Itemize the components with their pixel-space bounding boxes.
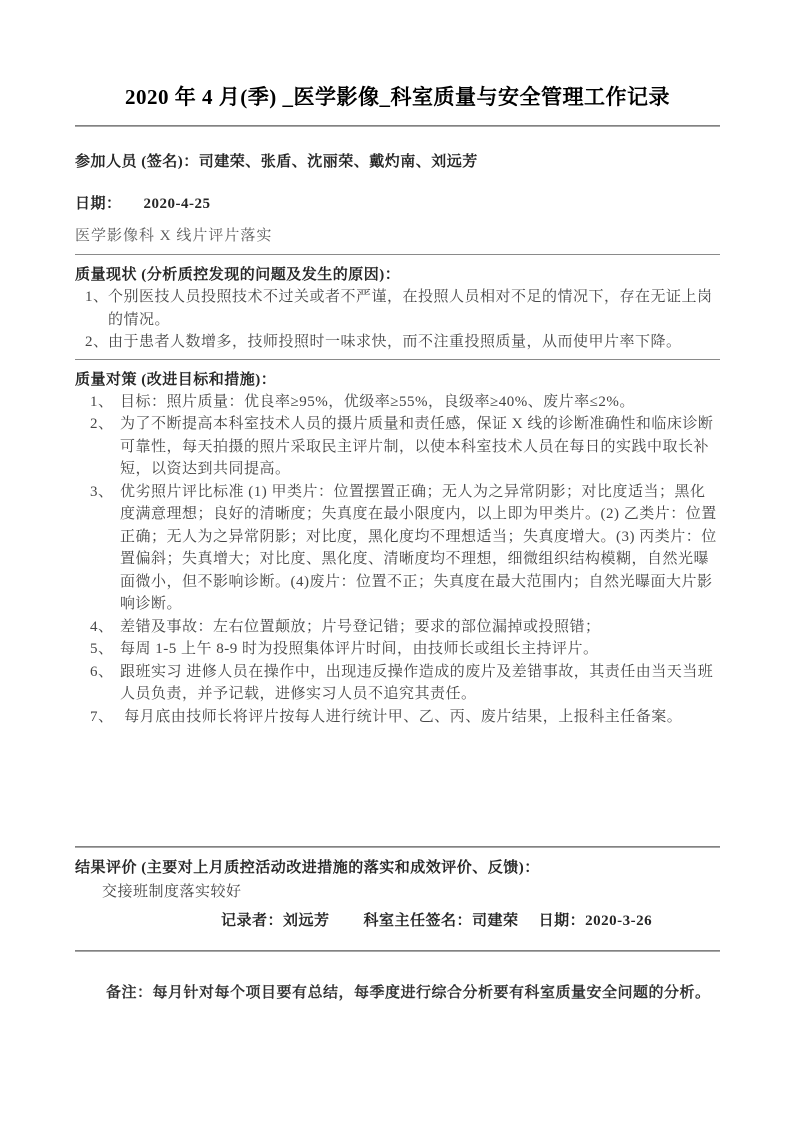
result-evaluation-content: 交接班制度落实较好	[102, 881, 720, 903]
date-line: 日期：2020-4-25	[75, 194, 720, 214]
director-signature-name: 司建荣	[472, 913, 519, 929]
item-text: 由于患者人数增多，技师投照时一味求快，而不注重投照质量，从而使甲片率下降。	[108, 331, 720, 354]
list-item: 7、 每月底由技师长将评片按每人进行统计甲、乙、丙、废片结果，上报科主任备案。	[75, 706, 720, 729]
item-number: 5、	[75, 638, 120, 661]
item-text: 跟班实习 进修人员在操作中，出现违反操作造成的废片及差错事故，其责任由当天当班人…	[120, 661, 720, 706]
note-label: 备注：	[106, 985, 153, 1001]
list-item: 6、跟班实习 进修人员在操作中，出现违反操作造成的废片及差错事故，其责任由当天当…	[75, 661, 720, 706]
item-text: 每月底由技师长将评片按每人进行统计甲、乙、丙、废片结果，上报科主任备案。	[120, 706, 720, 729]
divider-below-result	[75, 950, 720, 952]
list-item: 2、由于患者人数增多，技师投照时一味求快，而不注重投照质量，从而使甲片率下降。	[75, 331, 720, 354]
recorder-label: 记录者：	[221, 913, 283, 929]
item-number: 1、	[75, 286, 108, 331]
quality-status-section: 质量现状 (分析质控发现的问题及发生的原因)： 1、个别医技人员投照技术不过关或…	[75, 264, 720, 354]
quality-measures-section: 质量对策 (改进目标和措施)： 1、目标：照片质量：优良率≥95%，优级率≥55…	[75, 369, 720, 846]
item-number: 7、	[75, 706, 120, 729]
list-item: 1、目标：照片质量：优良率≥95%，优级率≥55%，良级率≥40%、废片率≤2%…	[75, 391, 720, 414]
item-text: 每周 1-5 上午 8-9 时为投照集体评片时间，由技师长或组长主持评片。	[120, 638, 720, 661]
director-signature-label: 科室主任签名：	[364, 913, 473, 929]
item-number: 6、	[75, 661, 120, 706]
note-text: 每月针对每个项目要有总结，每季度进行综合分析要有科室质量安全问题的分析。	[153, 985, 711, 1001]
participants-line: 参加人员 (签名)：司建荣、张盾、沈丽荣、戴灼南、刘远芳	[75, 152, 720, 172]
page-title: 2020 年 4 月(季) _医学影像_科室质量与安全管理工作记录	[75, 0, 720, 110]
participants-names: 司建荣、张盾、沈丽荣、戴灼南、刘远芳	[199, 154, 478, 170]
quality-measures-items: 1、目标：照片质量：优良率≥95%，优级率≥55%，良级率≥40%、废片率≤2%…	[75, 391, 720, 729]
item-text: 个别医技人员投照技术不过关或者不严谨，在投照人员相对不足的情况下，存在无证上岗的…	[108, 286, 720, 331]
item-text: 优劣照片评比标准 (1) 甲类片：位置摆置正确；无人为之异常阴影；对比度适当；黑…	[120, 481, 720, 616]
list-item: 2、为了不断提高本科室技术人员的摄片质量和责任感，保证 X 线的诊断准确性和临床…	[75, 413, 720, 481]
result-evaluation-section: 结果评价 (主要对上月质控活动改进措施的落实和成效评价、反馈)： 交接班制度落实…	[75, 857, 720, 931]
document-page: 2020 年 4 月(季) _医学影像_科室质量与安全管理工作记录 参加人员 (…	[0, 0, 793, 1122]
quality-status-items: 1、个别医技人员投照技术不过关或者不严谨，在投照人员相对不足的情况下，存在无证上…	[75, 286, 720, 354]
participants-label: 参加人员 (签名)：	[75, 154, 199, 170]
item-text: 为了不断提高本科室技术人员的摄片质量和责任感，保证 X 线的诊断准确性和临床诊断…	[120, 413, 720, 481]
item-text: 目标：照片质量：优良率≥95%，优级率≥55%，良级率≥40%、废片率≤2%。	[120, 391, 720, 414]
quality-status-heading: 质量现状 (分析质控发现的问题及发生的原因)：	[75, 264, 720, 286]
list-item: 5、每周 1-5 上午 8-9 时为投照集体评片时间，由技师长或组长主持评片。	[75, 638, 720, 661]
divider-below-measures	[75, 846, 720, 848]
quality-measures-heading: 质量对策 (改进目标和措施)：	[75, 369, 720, 391]
date-value: 2020-4-25	[144, 196, 211, 212]
signature-date-value: 2020-3-26	[585, 913, 652, 929]
item-number: 2、	[75, 413, 120, 481]
note-line: 备注：每月针对每个项目要有总结，每季度进行综合分析要有科室质量安全问题的分析。	[106, 983, 720, 1003]
list-item: 4、差错及事故：左右位置颠放；片号登记错；要求的部位漏掉或投照错；	[75, 616, 720, 639]
date-label: 日期：	[75, 196, 122, 212]
item-number: 4、	[75, 616, 120, 639]
signature-date-label: 日期：	[539, 913, 586, 929]
divider-below-status	[75, 359, 720, 360]
signature-row: 记录者：刘远芳科室主任签名：司建荣日期：2020-3-26	[221, 911, 720, 931]
item-number: 3、	[75, 481, 120, 616]
divider-below-title	[75, 125, 720, 127]
list-item: 3、优劣照片评比标准 (1) 甲类片：位置摆置正确；无人为之异常阴影；对比度适当…	[75, 481, 720, 616]
activity-topic: 医学影像科 X 线片评片落实	[75, 226, 720, 246]
divider-below-header	[75, 254, 720, 255]
list-item: 1、个别医技人员投照技术不过关或者不严谨，在投照人员相对不足的情况下，存在无证上…	[75, 286, 720, 331]
result-evaluation-heading: 结果评价 (主要对上月质控活动改进措施的落实和成效评价、反馈)：	[75, 857, 720, 879]
item-number: 2、	[75, 331, 108, 354]
recorder-name: 刘远芳	[283, 913, 330, 929]
item-number: 1、	[75, 391, 120, 414]
item-text: 差错及事故：左右位置颠放；片号登记错；要求的部位漏掉或投照错；	[120, 616, 720, 639]
